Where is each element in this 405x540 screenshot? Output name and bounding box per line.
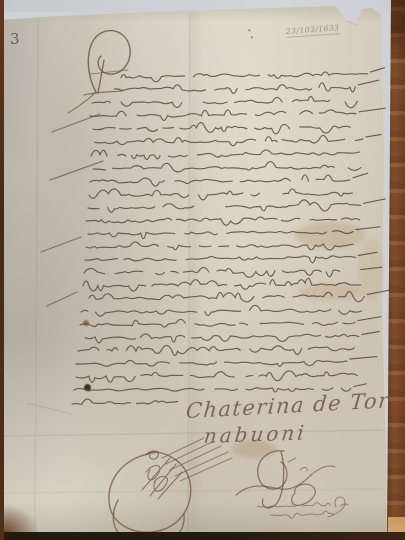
left-frame-edge: [0, 0, 4, 540]
bottom-edge-shadow: [0, 532, 405, 540]
folio-number: 3: [10, 30, 20, 48]
handwriting-layer: [0, 0, 405, 540]
signature-line-2: nabuoni: [203, 420, 308, 448]
manuscript-photo: 3 23/103/1633 Chaterina de Tor nabuoni: [0, 0, 405, 540]
